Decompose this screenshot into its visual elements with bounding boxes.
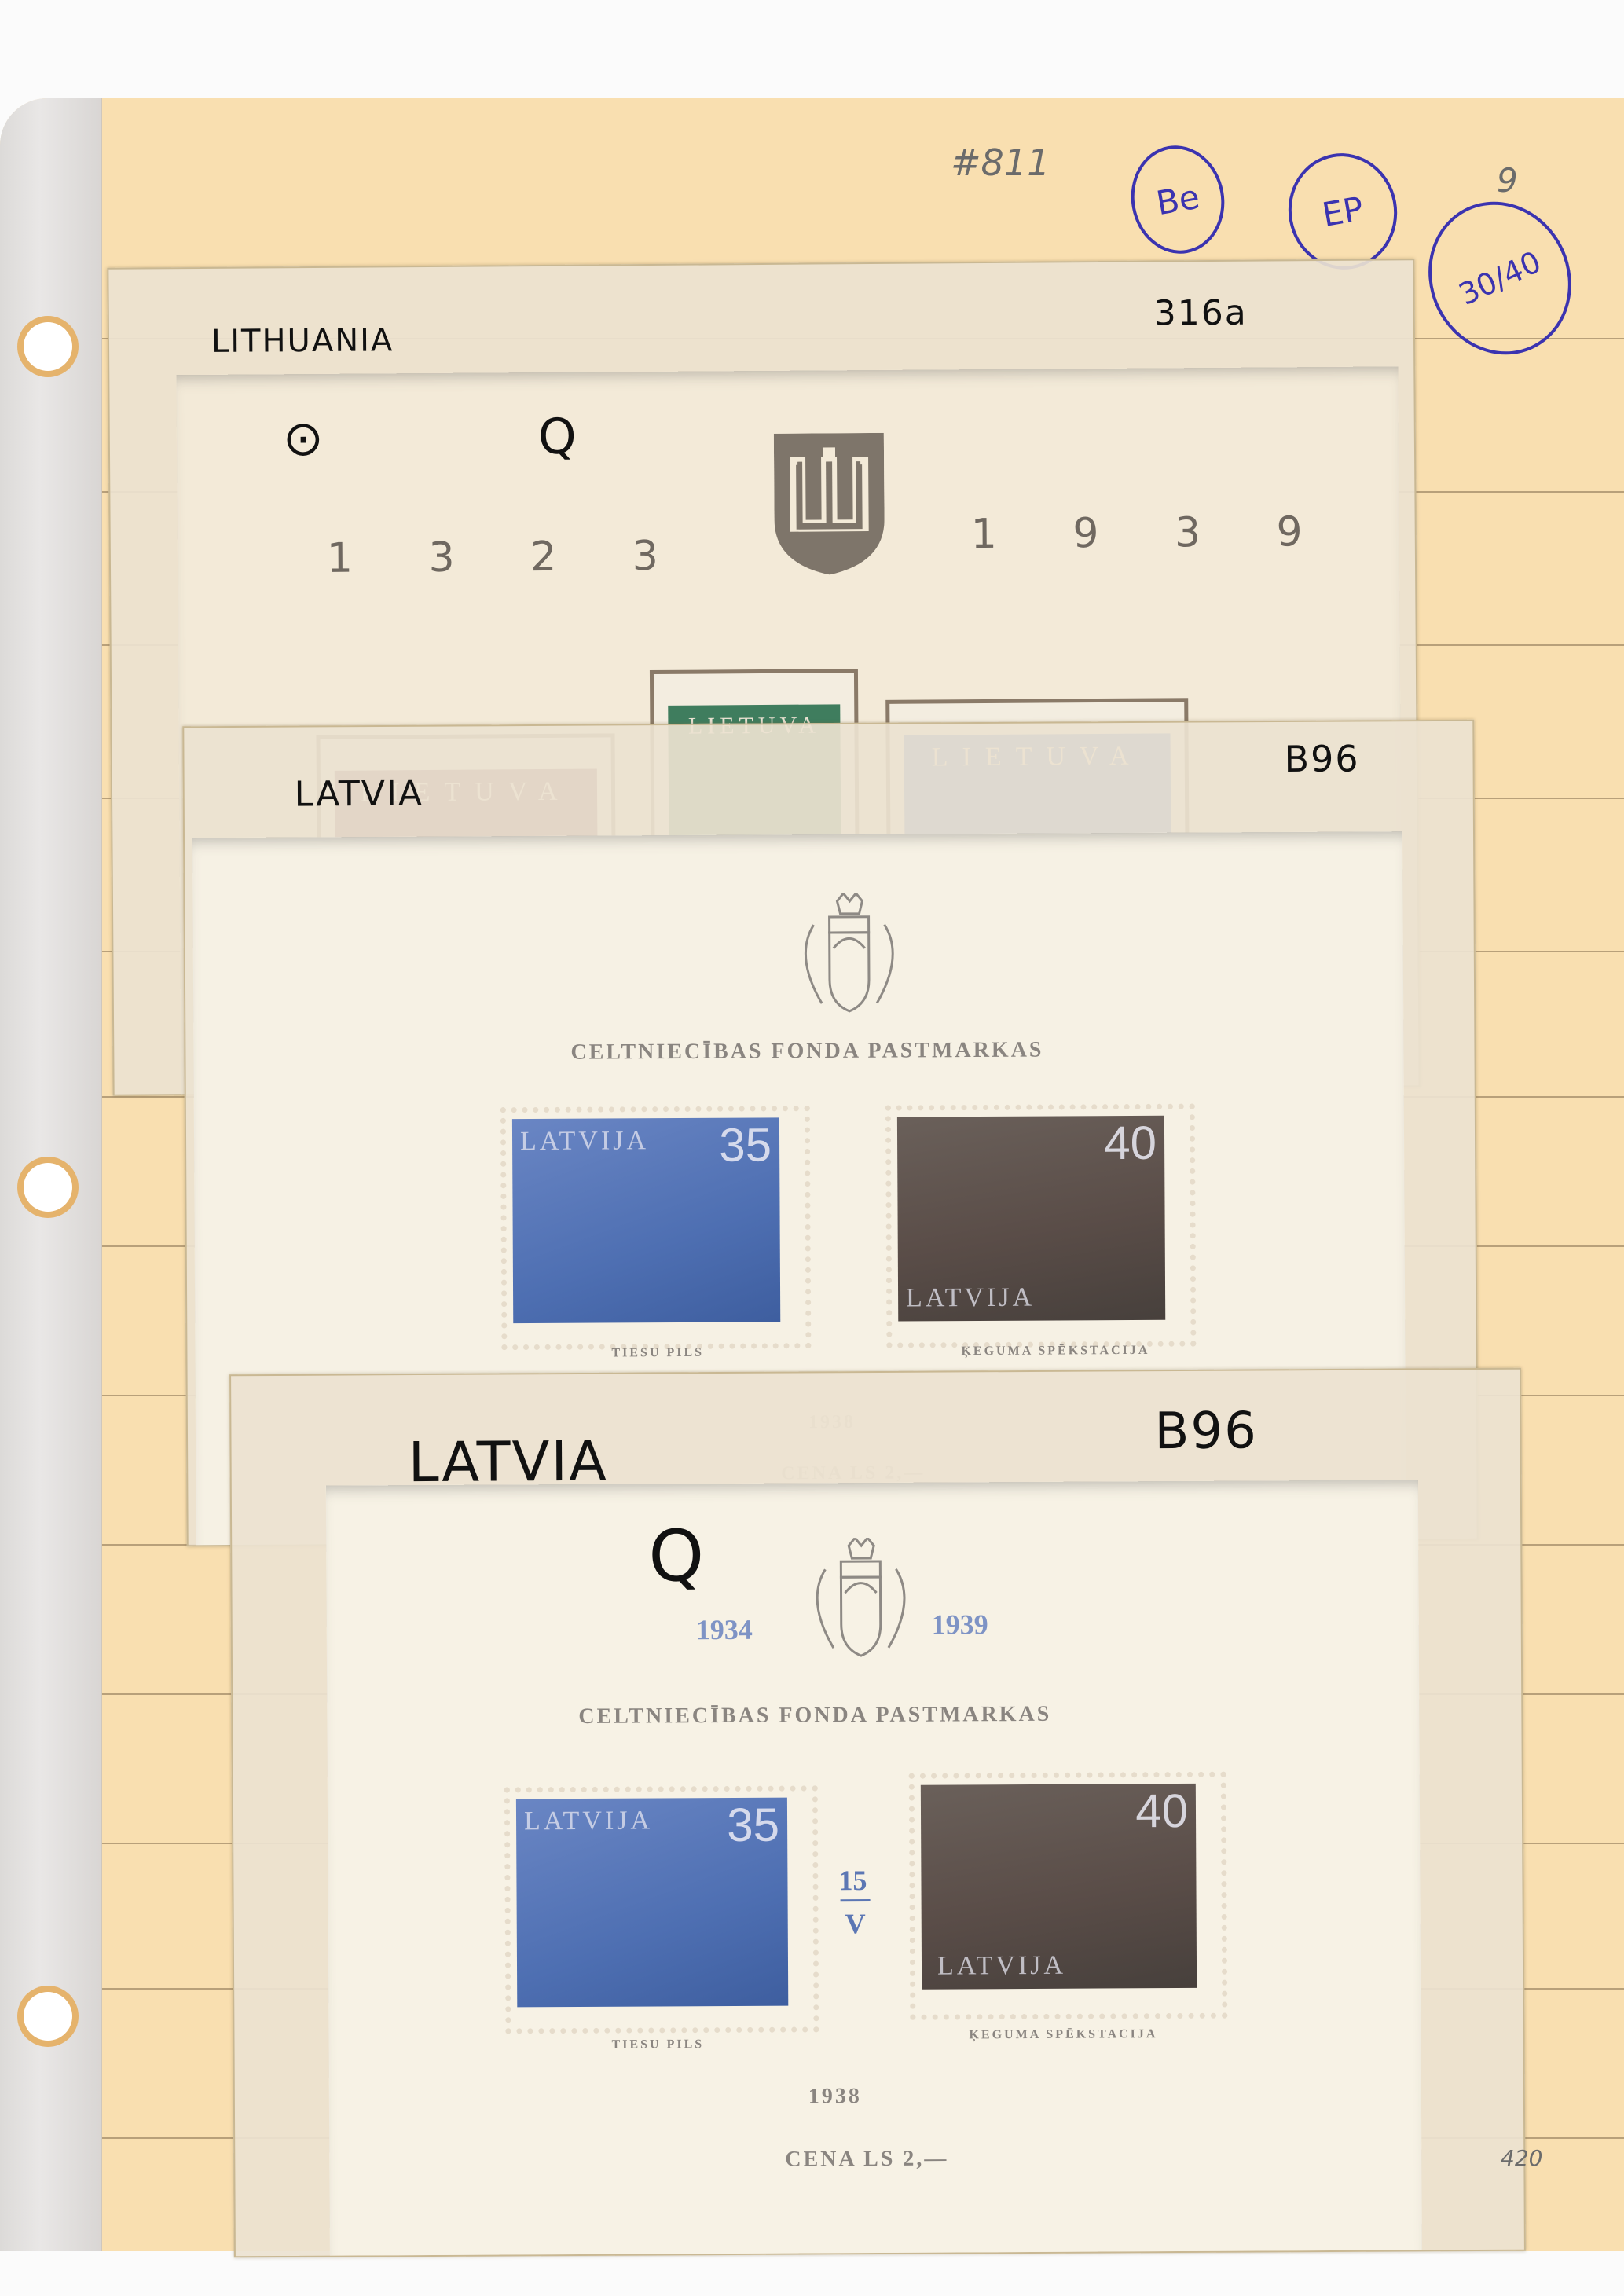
binder-hole bbox=[24, 1992, 72, 2041]
date-divider bbox=[841, 1899, 871, 1901]
stamp-caption: TIESU PILS bbox=[611, 1346, 704, 1361]
stamp-latvija-40: 40 LATVIJA bbox=[897, 1116, 1165, 1322]
sheet-price: CENA LS 2,— bbox=[785, 2147, 948, 2173]
year-left: 1934 bbox=[696, 1613, 753, 1646]
bottom-pencil-note: 420 bbox=[1501, 2145, 1542, 2171]
catalog-number: B96 bbox=[1284, 737, 1359, 780]
stamp-mount-latvia-2[interactable]: LATVIA B96 Q 1934 1939 CELTNIECĪBAS FOND… bbox=[229, 1368, 1526, 2258]
page-reference: #811 bbox=[951, 141, 1050, 184]
stamp-caption: ĶEGUMA SPĒKSTACIJA bbox=[969, 2027, 1157, 2042]
year-right: 1 9 3 9 bbox=[971, 508, 1334, 558]
latvia-coat-of-arms-icon bbox=[801, 1538, 920, 1664]
date-day: 15 bbox=[838, 1864, 867, 1897]
stamp-latvija-35: LATVIJA 35 bbox=[516, 1798, 788, 2008]
country-label: LITHUANIA bbox=[211, 322, 394, 360]
stamp-caption: ĶEGUMA SPĒKSTACIJA bbox=[961, 1344, 1149, 1359]
catalog-number: B96 bbox=[1154, 1402, 1258, 1461]
corner-number: 9 bbox=[1497, 161, 1518, 200]
souvenir-sheet: Q 1934 1939 CELTNIECĪBAS FONDA PASTMARKA… bbox=[326, 1480, 1422, 2255]
country-label: LATVIA bbox=[295, 774, 424, 815]
latvia-coat-of-arms-icon bbox=[790, 893, 908, 1019]
condition-mark: Q bbox=[648, 1515, 704, 1597]
sheet-heading: CELTNIECĪBAS FONDA PASTMARKAS bbox=[570, 1038, 1043, 1065]
date-month: V bbox=[845, 1907, 866, 1940]
year-left: 1 3 2 3 bbox=[327, 533, 690, 582]
binder-hole bbox=[24, 1163, 72, 1212]
catalog-number: 316a bbox=[1154, 293, 1248, 334]
stamp-caption: TIESU PILS bbox=[611, 2037, 704, 2052]
year-right: 1939 bbox=[932, 1608, 988, 1641]
sheet-year: 1938 bbox=[808, 2084, 862, 2109]
condition-mark: Q bbox=[538, 408, 577, 465]
columns-of-gediminas-icon bbox=[774, 433, 885, 575]
sheet-heading: CELTNIECĪBAS FONDA PASTMARKAS bbox=[578, 1702, 1051, 1729]
binder-hole bbox=[24, 322, 72, 371]
stamp-latvija-40: 40 LATVIJA bbox=[921, 1784, 1197, 1990]
condition-mark: ⊙ bbox=[283, 409, 324, 467]
stamp-latvija-35: LATVIJA 35 bbox=[512, 1117, 780, 1323]
